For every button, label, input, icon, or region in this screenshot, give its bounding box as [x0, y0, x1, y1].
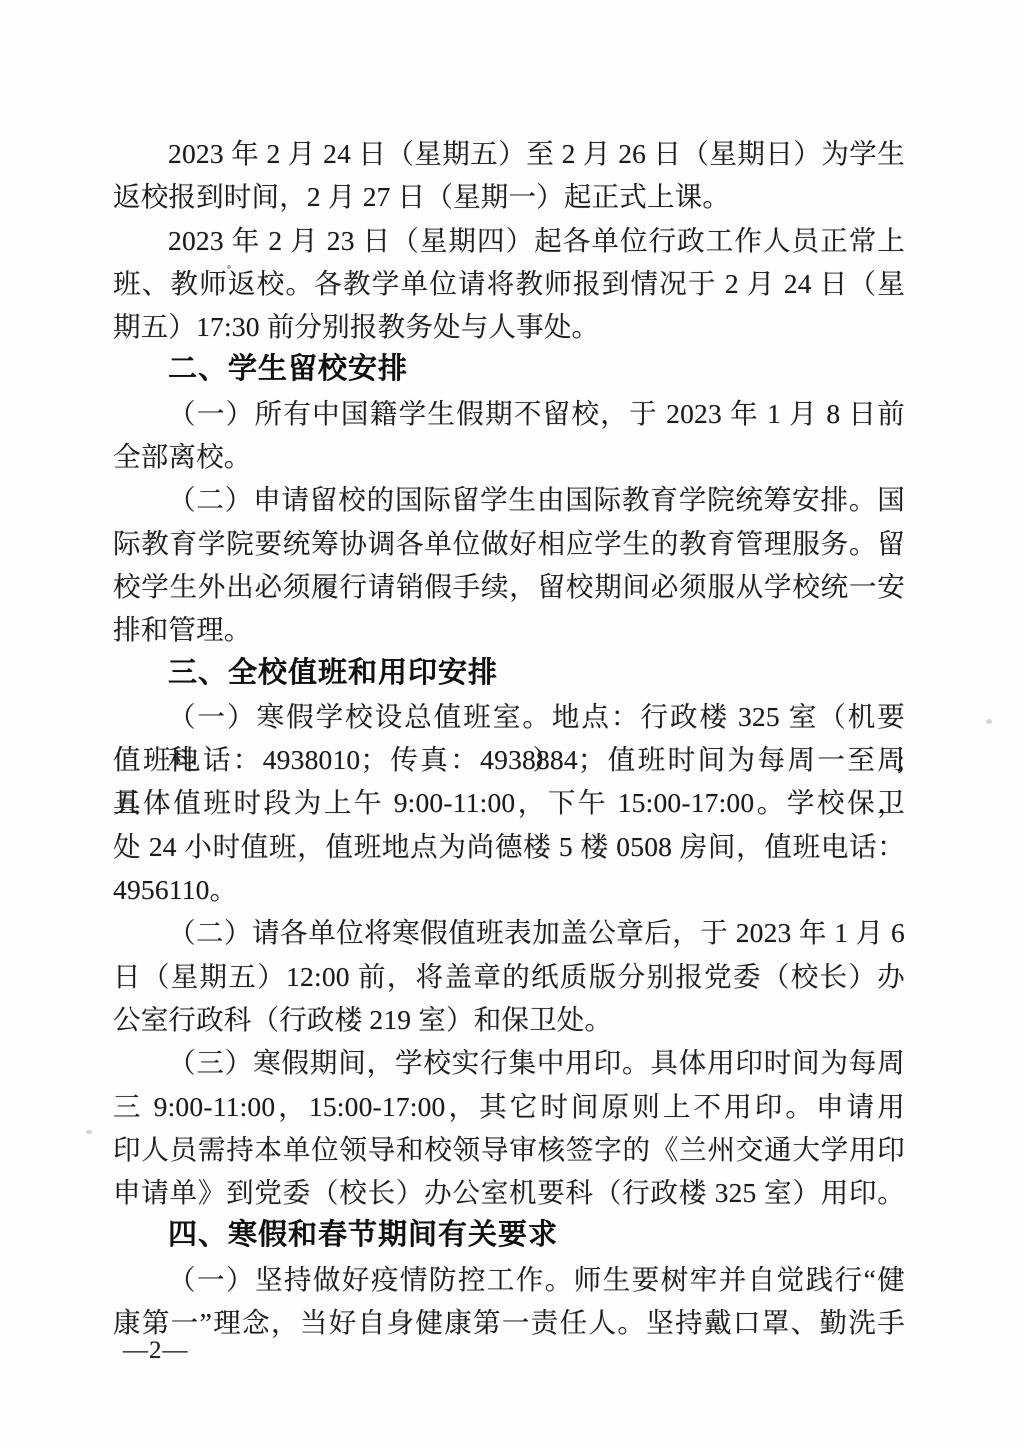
text-line: 际教育学院要统筹协调各单位做好相应学生的教育管理服务。留	[113, 522, 905, 565]
text-line: 三 9:00-11:00，15:00-17:00，其它时间原则上不用印。申请用	[113, 1085, 905, 1128]
text-line: 申请单》到党委（校长）办公室机要科（行政楼 325 室）用印。	[113, 1171, 905, 1214]
text-line: 校学生外出必须履行请销假手续，留校期间必须服从学校统一安	[113, 565, 905, 608]
text-line: 2023 年 2 月 24 日（星期五）至 2 月 26 日（星期日）为学生	[113, 132, 905, 175]
text-line: 排和管理。	[113, 608, 905, 651]
text-line: 全部离校。	[113, 435, 905, 478]
text-line: 印人员需持本单位领导和校领导审核签字的《兰州交通大学用印	[113, 1128, 905, 1171]
text-line: 处 24 小时值班，值班地点为尚德楼 5 楼 0508 房间，值班电话：	[113, 825, 905, 868]
text-line: 具体值班时段为上午 9:00-11:00，下午 15:00-17:00。学校保卫	[113, 781, 905, 824]
text-line: 2023 年 2 月 23 日（星期四）起各单位行政工作人员正常上	[113, 219, 905, 262]
text-line: 返校报到时间，2 月 27 日（星期一）起正式上课。	[113, 175, 905, 218]
document-page: 2023 年 2 月 24 日（星期五）至 2 月 26 日（星期日）为学生返校…	[0, 0, 1024, 1447]
text-line: 值班电话：4938010；传真：4938884；值班时间为每周一至周五，	[113, 738, 905, 781]
text-line: （一）寒假学校设总值班室。地点：行政楼 325 室（机要科）;	[113, 695, 905, 738]
text-line: （二）申请留校的国际留学生由国际教育学院统筹安排。国	[113, 478, 905, 521]
text-line: （二）请各单位将寒假值班表加盖公章后，于 2023 年 1 月 6	[113, 911, 905, 954]
text-line: 班、教师返校。各教学单位请将教师报到情况于 2 月 24 日（星	[113, 262, 905, 305]
text-line: （三）寒假期间，学校实行集中用印。具体用印时间为每周	[113, 1041, 905, 1084]
section-heading: 三、全校值班和用印安排	[113, 652, 905, 695]
text-line: 康第一”理念，当好自身健康第一责任人。坚持戴口罩、勤洗手	[113, 1301, 905, 1344]
scan-speck	[227, 265, 231, 269]
page-number: —2—	[123, 1337, 189, 1365]
text-line: 日（星期五）12:00 前，将盖章的纸质版分别报党委（校长）办	[113, 955, 905, 998]
scan-speck	[986, 719, 992, 724]
text-line: 公室行政科（行政楼 219 室）和保卫处。	[113, 998, 905, 1041]
text-line: （一）坚持做好疫情防控工作。师生要树牢并自觉践行“健	[113, 1258, 905, 1301]
text-line: （一）所有中国籍学生假期不留校，于 2023 年 1 月 8 日前	[113, 392, 905, 435]
text-line: 期五）17:30 前分别报教务处与人事处。	[113, 305, 905, 348]
text-line: 4956110。	[113, 868, 905, 911]
section-heading: 二、学生留校安排	[113, 348, 905, 391]
scan-speck	[86, 1130, 92, 1134]
section-heading: 四、寒假和春节期间有关要求	[113, 1214, 905, 1257]
document-body: 2023 年 2 月 24 日（星期五）至 2 月 26 日（星期日）为学生返校…	[113, 132, 905, 1344]
